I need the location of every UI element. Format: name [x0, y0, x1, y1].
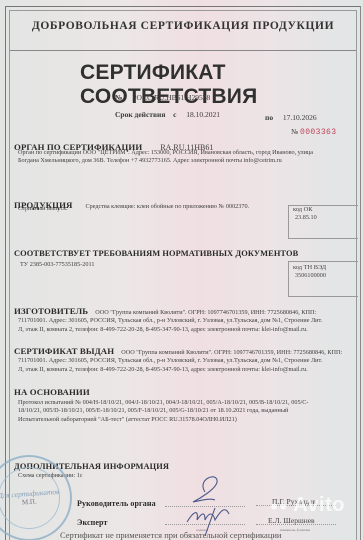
- manufacturer-line-3: Л, этаж II, комната 2, телефон: 8-499-72…: [14, 326, 363, 334]
- expert-label: Эксперт: [77, 518, 108, 527]
- conformity-document: ТУ 2385-003-77535185-2011: [20, 261, 94, 269]
- avito-watermark: ●● Avito: [270, 494, 345, 517]
- ok-code-box: код ОК 23.85.10: [288, 205, 358, 239]
- issued-to-line-3: Л, этаж II, комната 2, телефон: 8-499-72…: [14, 366, 363, 374]
- certificate-number-row: № РОСС RU.НВ61.Н29538: [115, 93, 210, 102]
- basis-line-3: Испытательной лабораторией "АБ-тест" (ат…: [18, 416, 363, 424]
- watermark-dots-icon: ●●: [270, 498, 288, 514]
- certification-body-details: Орган по сертификации ООО "ЦЕТРИМ". Адре…: [18, 149, 363, 166]
- valid-to: 17.10.2026: [283, 113, 317, 122]
- basis-line-2: 18/10/21, 005/D-18/10/21, 005/E-18/10/21…: [18, 407, 363, 415]
- blank-number-row: № 0003363: [291, 127, 336, 137]
- number-label: №: [115, 93, 123, 102]
- blank-number-label: №: [291, 127, 298, 136]
- certificate-number: РОСС RU.НВ61.Н29538: [132, 93, 210, 102]
- validity-to-row: по 17.10.2026: [265, 113, 317, 122]
- conformity-label: СООТВЕТСТВУЕТ ТРЕБОВАНИЯМ НОРМАТИВНЫХ ДО…: [14, 249, 298, 258]
- to-label: по: [265, 113, 273, 122]
- manufacturer-label: ИЗГОТОВИТЕЛЬ: [14, 306, 88, 316]
- tnved-code-value: 3506100000: [289, 272, 358, 280]
- seal-stamp-text: Для сертификатов М.П.: [0, 486, 70, 509]
- issued-to-line-2: 711701001. Адрес: 301605, РОССИЯ, Тульск…: [14, 357, 363, 365]
- blank-number: 0003363: [300, 128, 336, 137]
- certificate-frame: ДОБРОВОЛЬНАЯ СЕРТИФИКАЦИЯ ПРОДУКЦИИ СЕРТ…: [9, 10, 357, 540]
- issued-to-section: СЕРТИФИКАТ ВЫДАН ООО "Группа компаний Кв…: [14, 347, 363, 374]
- basis-label: НА ОСНОВАНИИ: [14, 387, 90, 397]
- validity-row: Срок действия с 18.10.2021: [115, 110, 220, 119]
- header-band: ДОБРОВОЛЬНАЯ СЕРТИФИКАЦИЯ ПРОДУКЦИИ: [10, 11, 356, 51]
- head-of-body-label: Руководитель органа: [77, 499, 156, 508]
- issued-to-line-1: ООО "Группа компаний Кволити". ОГРН: 109…: [121, 349, 342, 356]
- expert-name: Е.Л. Шершнев: [268, 516, 315, 525]
- name-caption: инициалы, фамилия: [280, 528, 310, 532]
- issued-to-label: СЕРТИФИКАТ ВЫДАН: [14, 346, 114, 356]
- basis-details: Протокол испытаний № 004/H-18/10/21, 004…: [18, 399, 363, 424]
- manufacturer-section: ИЗГОТОВИТЕЛЬ ООО "Группа компаний Кволит…: [14, 307, 363, 334]
- header-title: ДОБРОВОЛЬНАЯ СЕРТИФИКАЦИЯ ПРОДУКЦИИ: [10, 20, 356, 32]
- ok-code-label: код ОК: [289, 206, 358, 214]
- certification-body-line-1: Орган по сертификации ООО "ЦЕТРИМ". Адре…: [18, 149, 363, 157]
- from-label: с: [173, 110, 176, 119]
- certificate-page: ДОБРОВОЛЬНАЯ СЕРТИФИКАЦИЯ ПРОДУКЦИИ СЕРТ…: [5, 6, 361, 540]
- tnved-code-label: код ТН ВЭД: [289, 262, 358, 272]
- watermark-text: Avito: [293, 494, 345, 516]
- validity-label: Срок действия: [115, 110, 165, 119]
- ok-code-value: 23.85.10: [289, 214, 358, 222]
- footer-note: Сертификат не применяется при обязательн…: [60, 530, 281, 540]
- basis-line-1: Протокол испытаний № 004/H-18/10/21, 004…: [18, 399, 363, 407]
- product-line-2: Серийный выпуск.: [18, 205, 68, 213]
- manufacturer-line-1: ООО "Группа компаний Кволити". ОГРН: 109…: [95, 309, 316, 316]
- manufacturer-line-2: 711701001. Адрес: 301605, РОССИЯ, Тульск…: [14, 317, 363, 325]
- certification-body-line-2: Богдана Хмельницкого, дом 36В. Телефон +…: [18, 157, 363, 165]
- product-line-1: Средства клеящие: клеи обойные по прилож…: [86, 203, 250, 210]
- tnved-code-box: код ТН ВЭД 3506100000: [288, 261, 358, 297]
- valid-from: 18.10.2021: [186, 110, 220, 119]
